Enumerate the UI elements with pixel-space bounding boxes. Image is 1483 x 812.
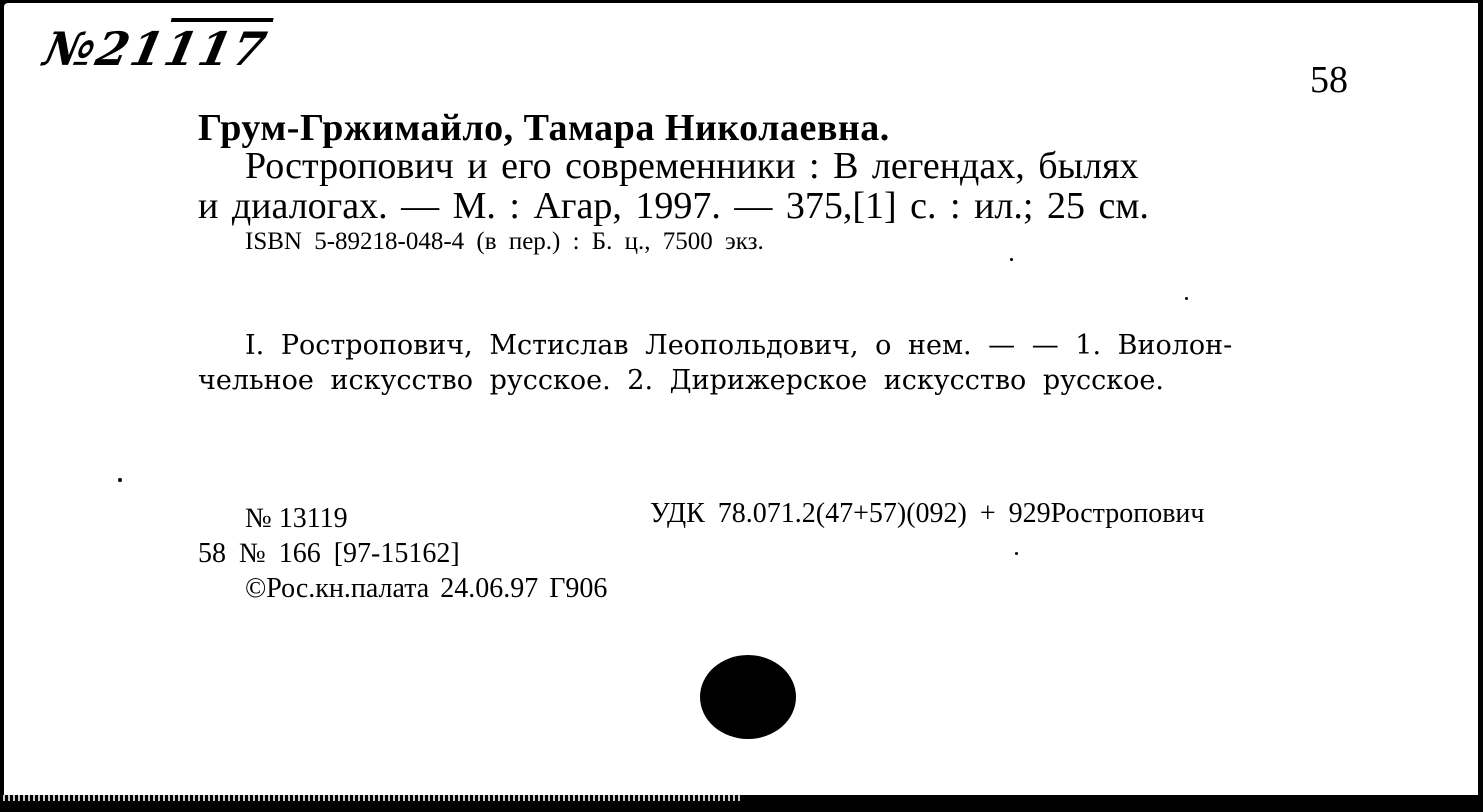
card-number: 58 — [1310, 58, 1348, 102]
registration-number: № 13119 — [245, 503, 348, 535]
scan-speck — [1015, 552, 1018, 555]
copyright-line: ©Рос.кн.палата 24.06.97 Г906 — [245, 573, 607, 605]
secondary-number: 58 № 166 [97-15162] — [198, 538, 460, 570]
subjects-line-1: I. Ростропович, Мстислав Леопольдович, о… — [245, 330, 1232, 361]
scan-speck — [1185, 297, 1188, 300]
handwritten-overlined-number: 117 — [159, 22, 273, 76]
subjects-line-2: чельное искусство русское. 2. Дирижерско… — [198, 365, 1164, 396]
card-torn-edge — [0, 795, 740, 801]
title-line-2: и диалогах. — М. : Агар, 1997. — 375,[1]… — [198, 184, 1149, 228]
title-line-1: Ростропович и его современники : В леген… — [245, 144, 1139, 188]
handwritten-prefix: №21 — [39, 22, 170, 76]
isbn-line: ISBN 5-89218-048-4 (в пер.) : Б. ц., 750… — [245, 228, 764, 256]
punch-hole — [700, 655, 796, 739]
scan-speck — [118, 478, 122, 482]
handwritten-accession-mark: №21117 — [39, 22, 273, 76]
udk-classification: УДК 78.071.2(47+57)(092) + 929Ростропови… — [650, 498, 1205, 530]
scan-speck — [1010, 258, 1013, 261]
